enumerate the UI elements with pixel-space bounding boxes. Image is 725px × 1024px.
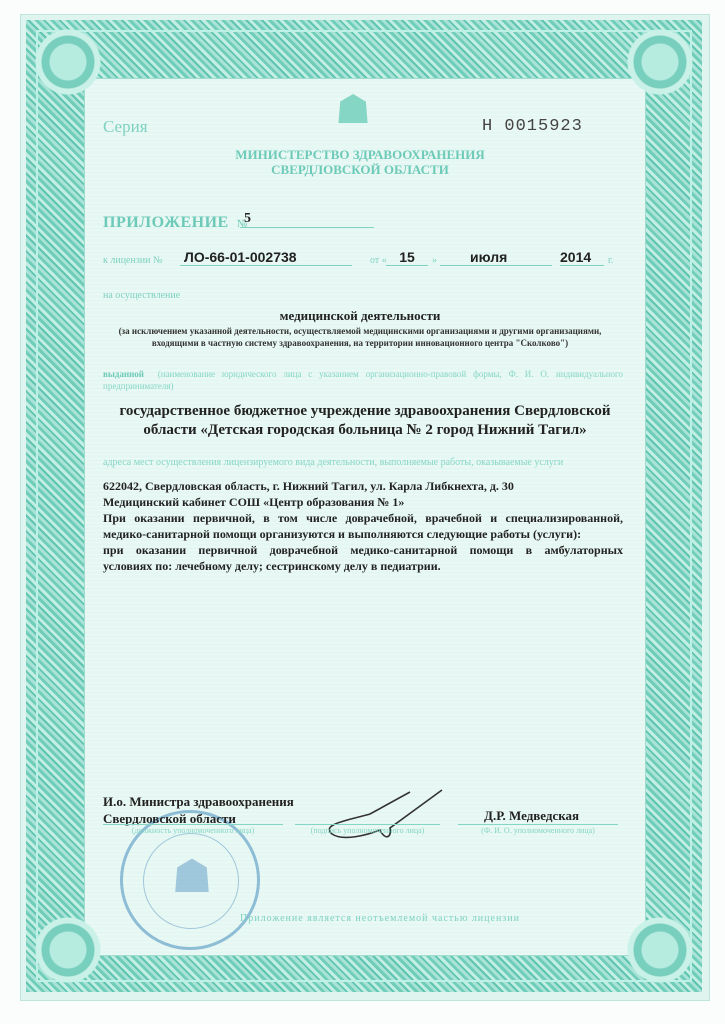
signer-title: И.о. Министра здравоохранения Свердловск… [103, 793, 294, 827]
appendix-label: ПРИЛОЖЕНИЕ№ [103, 214, 248, 232]
document-content: ☗ Серия Н 0015923 МИНИСТЕРСТВО ЗДРАВООХР… [0, 0, 725, 1024]
license-day: 15 [386, 249, 428, 266]
date-quote: » [432, 255, 437, 266]
russian-coat-of-arms-icon: ☗ [331, 84, 375, 136]
license-number: ЛО-66-01-002738 [180, 249, 352, 266]
series-number: Н 0015923 [482, 117, 583, 136]
services-intro-line-1: При оказании первичной, в том числе довр… [103, 510, 623, 526]
appendix-title: ПРИЛОЖЕНИЕ [103, 214, 229, 231]
organization-line-2: области «Детская городская больница № 2 … [100, 421, 630, 440]
organization-name: государственное бюджетное учреждение здр… [100, 402, 630, 440]
address-label: адреса мест осуществления лицензируемого… [103, 457, 623, 469]
license-month: июля [440, 249, 552, 266]
ministry-heading: МИНИСТЕРСТВО ЗДРАВООХРАНЕНИЯ СВЕРДЛОВСКО… [150, 147, 570, 177]
signature-caption: (подпись уполномоченного лица) [295, 826, 440, 835]
name-caption: (Ф. И. О. уполномоченного лица) [458, 826, 618, 835]
organization-line-1: государственное бюджетное учреждение здр… [100, 402, 630, 421]
license-body: 622042, Свердловская область, г. Нижний … [103, 478, 623, 574]
facility: Медицинский кабинет СОШ «Центр образован… [103, 494, 623, 510]
activity-note: (за исключением указанной деятельности, … [100, 325, 620, 349]
handwritten-signature-icon [310, 784, 450, 844]
signature-line [295, 824, 440, 825]
services-line-2: условиях по: лечебному делу; сестринском… [103, 558, 623, 574]
ministry-line-1: МИНИСТЕРСТВО ЗДРАВООХРАНЕНИЯ [150, 147, 570, 162]
services-line-1: при оказании первичной доврачебной медик… [103, 542, 623, 558]
series-label: Серия [103, 117, 148, 137]
address: 622042, Свердловская область, г. Нижний … [103, 478, 623, 494]
license-label: к лицензии № [103, 255, 163, 266]
position-line [103, 824, 283, 825]
position-caption: (должность уполномоченного лица) [103, 826, 283, 835]
license-year: 2014 [560, 249, 604, 266]
signer-name: Д.Р. Медведская [484, 808, 579, 824]
issued-to-hint: (наименование юридического лица с указан… [103, 369, 623, 391]
seal-emblem-icon: ☗ [153, 837, 231, 917]
signer-title-line-1: И.о. Министра здравоохранения [103, 793, 294, 810]
services-intro-line-2: медико-санитарной помощи организуются и … [103, 526, 623, 542]
footer-note: Приложение является неотъемлемой частью … [220, 913, 540, 924]
year-suffix: г. [608, 255, 613, 266]
ministry-line-2: СВЕРДЛОВСКОЙ ОБЛАСТИ [150, 162, 570, 177]
name-line [458, 824, 618, 825]
activity-type: медицинской деятельности [100, 308, 620, 324]
purpose-label: на осуществление [103, 290, 180, 301]
issued-to-label: выданной (наименование юридического лица… [103, 368, 623, 392]
appendix-number: 5 [240, 211, 374, 228]
date-from-label: от « [370, 255, 387, 266]
issued-to-title: выданной [103, 369, 144, 379]
